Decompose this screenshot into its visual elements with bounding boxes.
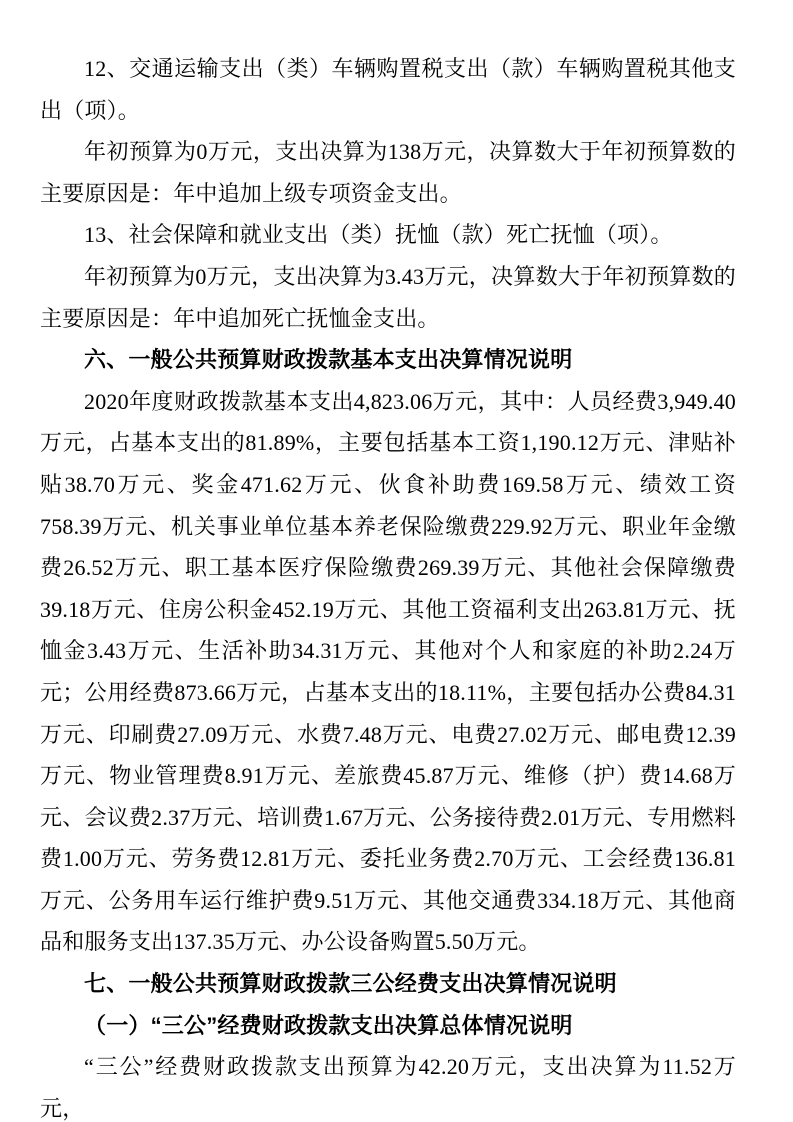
section-7-subsection-1-heading: （一）“三公”经费财政拨款支出决算总体情况说明	[40, 1005, 736, 1047]
three-public-funds-summary: “三公”经费财政拨款支出预算为42.20万元，支出决算为11.52万元，	[40, 1046, 736, 1122]
item-12-transport-expenditure-title: 12、交通运输支出（类）车辆购置税支出（款）车辆购置税其他支出（项）。	[40, 48, 736, 131]
item-12-budget-explanation: 年初预算为0万元，支出决算为138万元，决算数大于年初预算数的主要原因是：年中追…	[40, 131, 736, 214]
section-6-basic-expenditure-detail: 2020年度财政拨款基本支出4,823.06万元，其中：人员经费3,949.40…	[40, 381, 736, 963]
document-body: 12、交通运输支出（类）车辆购置税支出（款）车辆购置税其他支出（项）。年初预算为…	[0, 0, 793, 1122]
item-13-social-security-title: 13、社会保障和就业支出（类）抚恤（款）死亡抚恤（项）。	[40, 214, 736, 256]
section-7-heading: 七、一般公共预算财政拨款三公经费支出决算情况说明	[40, 963, 736, 1005]
section-6-heading: 六、一般公共预算财政拨款基本支出决算情况说明	[40, 339, 736, 381]
document-page: 12、交通运输支出（类）车辆购置税支出（款）车辆购置税其他支出（项）。年初预算为…	[0, 0, 793, 1122]
item-13-budget-explanation: 年初预算为0万元，支出决算为3.43万元，决算数大于年初预算数的主要原因是：年中…	[40, 256, 736, 339]
